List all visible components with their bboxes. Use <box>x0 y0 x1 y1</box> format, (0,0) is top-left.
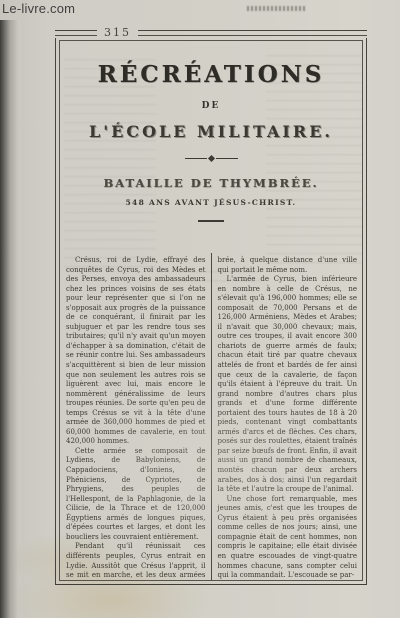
scanner-watermark: Le-livre.com <box>2 1 75 16</box>
frame-outer-border: RÉCRÉATIONS DE L'ÉCOLE MILITAIRE. BATAIL… <box>55 38 367 585</box>
ornament-divider <box>60 156 362 161</box>
paragraph: Pendant qu'il réunissait ces différents … <box>66 542 206 580</box>
paragraph: Cette armée se composait de Lydiens, de … <box>66 447 206 542</box>
paragraph: L'armée de Cyrus, bien inférieure en nom… <box>218 275 358 495</box>
frame-inner-border: RÉCRÉATIONS DE L'ÉCOLE MILITAIRE. BATAIL… <box>59 40 363 581</box>
right-column: brée, à quelque distance d'une ville qui… <box>212 253 363 580</box>
masthead-title: RÉCRÉATIONS <box>60 61 362 88</box>
ornament-line <box>216 158 238 160</box>
ornament-diamond <box>207 155 214 162</box>
paragraph: Une chose fort remarquable, mes jeunes a… <box>218 495 358 580</box>
press-mark-smudge <box>247 6 305 11</box>
masthead-de: DE <box>60 101 362 111</box>
book-gutter-shadow <box>0 20 18 618</box>
article-title: BATAILLE DE THYMBRÉE. <box>60 176 362 190</box>
section-rule <box>198 220 224 222</box>
book-page-scan: Le-livre.com 315 RÉCRÉATIONS DE L'ÉCOLE … <box>0 0 400 618</box>
frame-top-rule: 315 <box>55 28 367 38</box>
page-frame: 315 RÉCRÉATIONS DE L'ÉCOLE MILITAIRE. <box>55 28 367 585</box>
top-rule-left <box>55 30 97 36</box>
ornament-line <box>185 158 207 160</box>
masthead-subtitle: L'ÉCOLE MILITAIRE. <box>60 122 362 141</box>
paragraph: Crésus, roi de Lydie, effrayé des conquê… <box>66 256 206 447</box>
masthead: RÉCRÉATIONS DE L'ÉCOLE MILITAIRE. BATAIL… <box>60 61 362 222</box>
paragraph: brée, à quelque distance d'une ville qui… <box>218 256 358 275</box>
page-number: 315 <box>97 28 138 38</box>
text-columns: Crésus, roi de Lydie, effrayé des conquê… <box>60 253 362 580</box>
article-dateline: 548 ANS AVANT JÉSUS-CHRIST. <box>60 198 362 207</box>
left-column: Crésus, roi de Lydie, effrayé des conquê… <box>60 253 211 580</box>
top-rule-right <box>138 30 367 36</box>
